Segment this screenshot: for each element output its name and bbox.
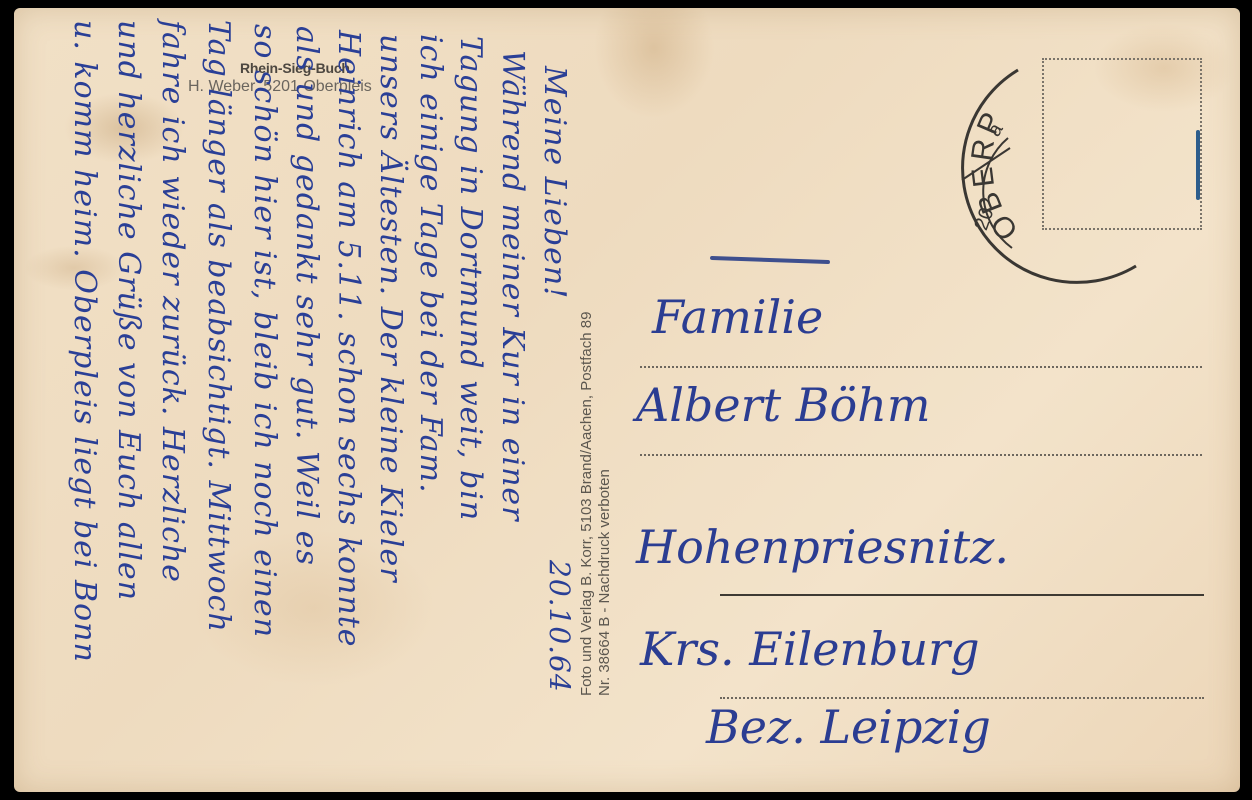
address-rule bbox=[640, 454, 1202, 456]
message-line: Tag länger als beabsichtigt. Mittwoch bbox=[201, 20, 236, 633]
imprint-line-2: Nr. 38664 B - Nachdruck verboten bbox=[596, 469, 613, 696]
imprint-line-1: Foto und Verlag B. Korr, 5103 Brand/Aach… bbox=[578, 312, 595, 696]
message-line: fahre ich wieder zurück. Herzliche bbox=[155, 20, 190, 583]
message-line: Heinrich am 5.11. schon sechs konnte bbox=[331, 30, 366, 648]
address-line-5: Bez. Leipzig bbox=[706, 700, 991, 754]
address-line-1: Familie bbox=[652, 290, 823, 344]
message-line: so schön hier ist, bleib ich noch einen bbox=[247, 24, 282, 638]
message-line: als und gedankt sehr gut. Weil es bbox=[289, 26, 324, 566]
address-rule bbox=[720, 697, 1204, 699]
message-date: 20.10.64 bbox=[543, 560, 576, 693]
address-rule bbox=[640, 366, 1202, 368]
address-line-4: Krs. Eilenburg bbox=[640, 622, 980, 676]
message-line: ich einige Tage bei der Fam. bbox=[413, 34, 448, 494]
address-rule-solid bbox=[720, 594, 1204, 596]
message-line: unsers Ältesten. Der kleine Kieler bbox=[373, 34, 408, 583]
stamp-area bbox=[1042, 58, 1202, 230]
stamp-remnant bbox=[1196, 130, 1200, 200]
message-line: Tagung in Dortmund weit, bin bbox=[453, 36, 488, 521]
address-line-2: Albert Böhm bbox=[636, 378, 930, 432]
address-line-3: Hohenpriesnitz. bbox=[636, 520, 1009, 574]
message-line: Während meiner Kur in einer bbox=[495, 50, 530, 522]
message-line: und herzliche Grüße von Euch allen bbox=[111, 20, 146, 601]
message-line: u. komm heim. Oberpleis liegt bei Bonn bbox=[67, 20, 102, 663]
message-line: Meine Lieben! bbox=[537, 66, 572, 299]
